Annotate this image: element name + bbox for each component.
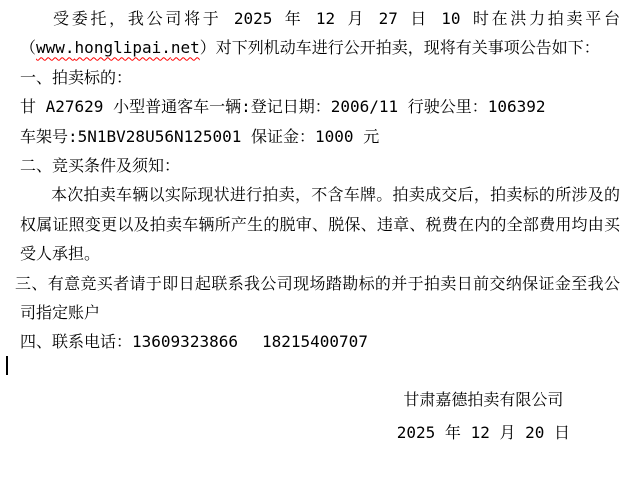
vehicle-item-line: 甘 A27629 小型普通客车一辆:登记日期：2006/11 行驶公里：1063… bbox=[20, 92, 620, 121]
auction-url-tld: net bbox=[171, 38, 200, 57]
registration-paragraph: 三、有意竞买者请于即日起联系我公司现场踏勘标的并于拍卖日前交纳保证金至我公司指定… bbox=[20, 269, 620, 328]
phone-number-2: 18215400707 bbox=[262, 332, 368, 351]
conditions-paragraph: 本次拍卖车辆以实际现状进行拍卖，不含车牌。拍卖成交后，拍卖标的所涉及的权属证照变… bbox=[20, 180, 620, 268]
intro-tail-text: ）对下列机动车进行公开拍卖，现将有关事项公告如下： bbox=[200, 38, 600, 57]
signature-block: 甘肃嘉德拍卖有限公司 2025 年 12 月 20 日 bbox=[397, 385, 570, 448]
phone-number-1: 13609323866 bbox=[132, 332, 238, 351]
contact-label: 四、联系电话： bbox=[20, 332, 132, 351]
auction-url-domain: honglipai. bbox=[75, 38, 171, 57]
intro-paragraph: 受委托，我公司将于 2025 年 12 月 27 日 10 时在洪力拍卖平台（w… bbox=[20, 4, 620, 63]
company-signature: 甘肃嘉德拍卖有限公司 bbox=[397, 385, 570, 414]
section-heading-auction-items: 一、拍卖标的： bbox=[20, 63, 620, 92]
auction-url-www: www. bbox=[36, 38, 75, 57]
announcement-date: 2025 年 12 月 20 日 bbox=[397, 418, 570, 447]
vin-deposit-line: 车架号:5N1BV28U56N125001 保证金：1000 元 bbox=[20, 122, 620, 151]
section-heading-conditions: 二、竞买条件及须知： bbox=[20, 151, 620, 180]
contact-paragraph: 四、联系电话：1360932386618215400707 bbox=[20, 327, 620, 356]
text-cursor-caret bbox=[6, 356, 8, 375]
document-page[interactable]: 受委托，我公司将于 2025 年 12 月 27 日 10 时在洪力拍卖平台（w… bbox=[0, 0, 626, 502]
